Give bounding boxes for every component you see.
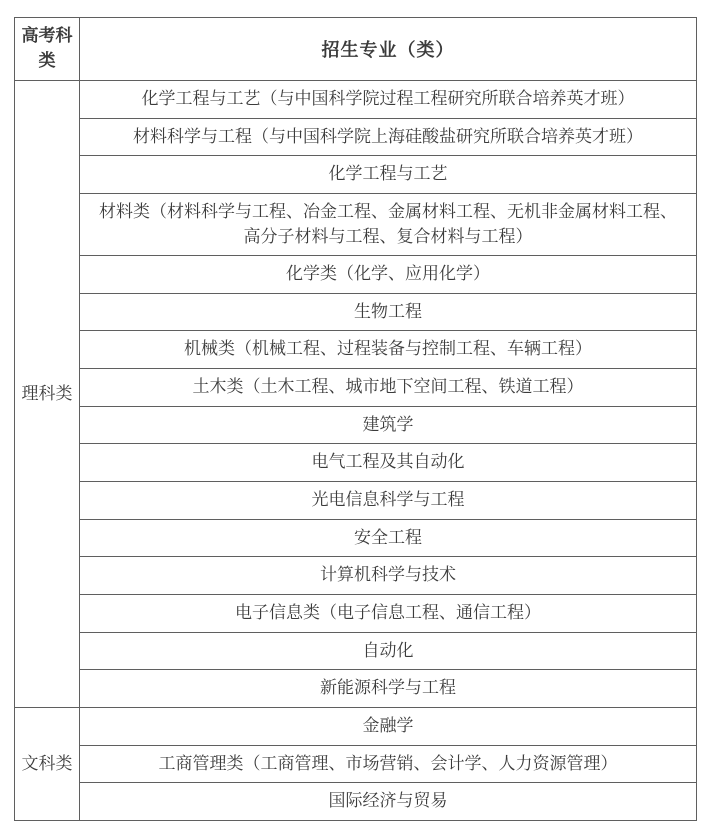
table-row: 材料科学与工程（与中国科学院上海硅酸盐研究所联合培养英才班） bbox=[15, 118, 697, 156]
major-cell: 机械类（机械工程、过程装备与控制工程、车辆工程） bbox=[80, 331, 697, 369]
table-row: 化学类（化学、应用化学） bbox=[15, 256, 697, 294]
major-cell: 自动化 bbox=[80, 632, 697, 670]
major-cell: 化学工程与工艺 bbox=[80, 156, 697, 194]
category-cell: 文科类 bbox=[15, 707, 80, 820]
major-cell: 电子信息类（电子信息工程、通信工程） bbox=[80, 594, 697, 632]
table-row: 建筑学 bbox=[15, 406, 697, 444]
major-cell: 电气工程及其自动化 bbox=[80, 444, 697, 482]
table-row: 计算机科学与技术 bbox=[15, 557, 697, 595]
table-header: 高考科类 招生专业（类） bbox=[15, 18, 697, 81]
table-row: 材料类（材料科学与工程、冶金工程、金属材料工程、无机非金属材料工程、高分子材料与… bbox=[15, 193, 697, 255]
table-row: 国际经济与贸易 bbox=[15, 783, 697, 821]
table-row: 电子信息类（电子信息工程、通信工程） bbox=[15, 594, 697, 632]
table-row: 化学工程与工艺 bbox=[15, 156, 697, 194]
table-row: 自动化 bbox=[15, 632, 697, 670]
header-majors: 招生专业（类） bbox=[80, 18, 697, 81]
admissions-table: 高考科类 招生专业（类） 理科类化学工程与工艺（与中国科学院过程工程研究所联合培… bbox=[14, 17, 697, 821]
table-row: 电气工程及其自动化 bbox=[15, 444, 697, 482]
major-cell: 光电信息科学与工程 bbox=[80, 482, 697, 520]
header-exam-category: 高考科类 bbox=[15, 18, 80, 81]
category-cell: 理科类 bbox=[15, 81, 80, 708]
table-row: 工商管理类（工商管理、市场营销、会计学、人力资源管理） bbox=[15, 745, 697, 783]
major-cell: 国际经济与贸易 bbox=[80, 783, 697, 821]
table-row: 机械类（机械工程、过程装备与控制工程、车辆工程） bbox=[15, 331, 697, 369]
header-row: 高考科类 招生专业（类） bbox=[15, 18, 697, 81]
major-cell: 工商管理类（工商管理、市场营销、会计学、人力资源管理） bbox=[80, 745, 697, 783]
table-row: 光电信息科学与工程 bbox=[15, 482, 697, 520]
table-row: 理科类化学工程与工艺（与中国科学院过程工程研究所联合培养英才班） bbox=[15, 81, 697, 119]
major-cell: 建筑学 bbox=[80, 406, 697, 444]
major-cell: 材料类（材料科学与工程、冶金工程、金属材料工程、无机非金属材料工程、高分子材料与… bbox=[80, 193, 697, 255]
major-cell: 土木类（土木工程、城市地下空间工程、铁道工程） bbox=[80, 369, 697, 407]
table-body: 理科类化学工程与工艺（与中国科学院过程工程研究所联合培养英才班）材料科学与工程（… bbox=[15, 81, 697, 821]
major-cell: 安全工程 bbox=[80, 519, 697, 557]
major-cell: 新能源科学与工程 bbox=[80, 670, 697, 708]
table-row: 文科类金融学 bbox=[15, 707, 697, 745]
major-cell: 化学类（化学、应用化学） bbox=[80, 256, 697, 294]
table-row: 安全工程 bbox=[15, 519, 697, 557]
major-cell: 金融学 bbox=[80, 707, 697, 745]
major-cell: 计算机科学与技术 bbox=[80, 557, 697, 595]
major-cell: 化学工程与工艺（与中国科学院过程工程研究所联合培养英才班） bbox=[80, 81, 697, 119]
table-row: 新能源科学与工程 bbox=[15, 670, 697, 708]
table-row: 生物工程 bbox=[15, 293, 697, 331]
major-cell: 生物工程 bbox=[80, 293, 697, 331]
admissions-table-container: 高考科类 招生专业（类） 理科类化学工程与工艺（与中国科学院过程工程研究所联合培… bbox=[14, 17, 697, 821]
table-row: 土木类（土木工程、城市地下空间工程、铁道工程） bbox=[15, 369, 697, 407]
major-cell: 材料科学与工程（与中国科学院上海硅酸盐研究所联合培养英才班） bbox=[80, 118, 697, 156]
